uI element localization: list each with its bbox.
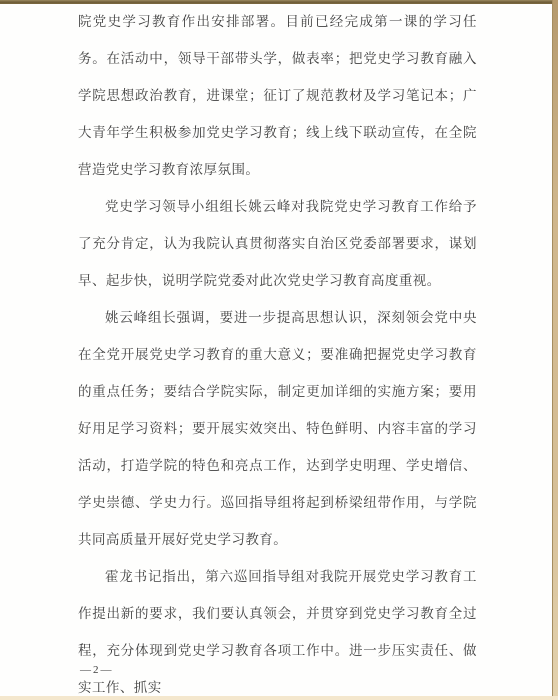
document-body-text: 院党史学习教育作出安排部署。目前已经完成第一课的学习任务。在活动中，领导干部带头…: [0, 0, 553, 696]
page-number: —2—: [80, 664, 114, 676]
paragraph-continuation: 院党史学习教育作出安排部署。目前已经完成第一课的学习任务。在活动中，领导干部带头…: [78, 3, 477, 188]
photo-edge-bottom: [0, 696, 558, 700]
paragraph: 霍龙书记指出，第六巡回指导组对我院开展党史学习教育工作提出新的要求，我们要认真领…: [78, 558, 477, 696]
paragraph: 姚云峰组长强调，要进一步提高思想认识，深刻领会党中央在全党开展党史学习教育的重大…: [78, 299, 477, 558]
paragraph: 党史学习领导小组组长姚云峰对我院党史学习教育工作给予了充分肯定，认为我院认真贯彻…: [78, 188, 477, 299]
scanned-document-page: 院党史学习教育作出安排部署。目前已经完成第一课的学习任务。在活动中，领导干部带头…: [0, 0, 558, 700]
